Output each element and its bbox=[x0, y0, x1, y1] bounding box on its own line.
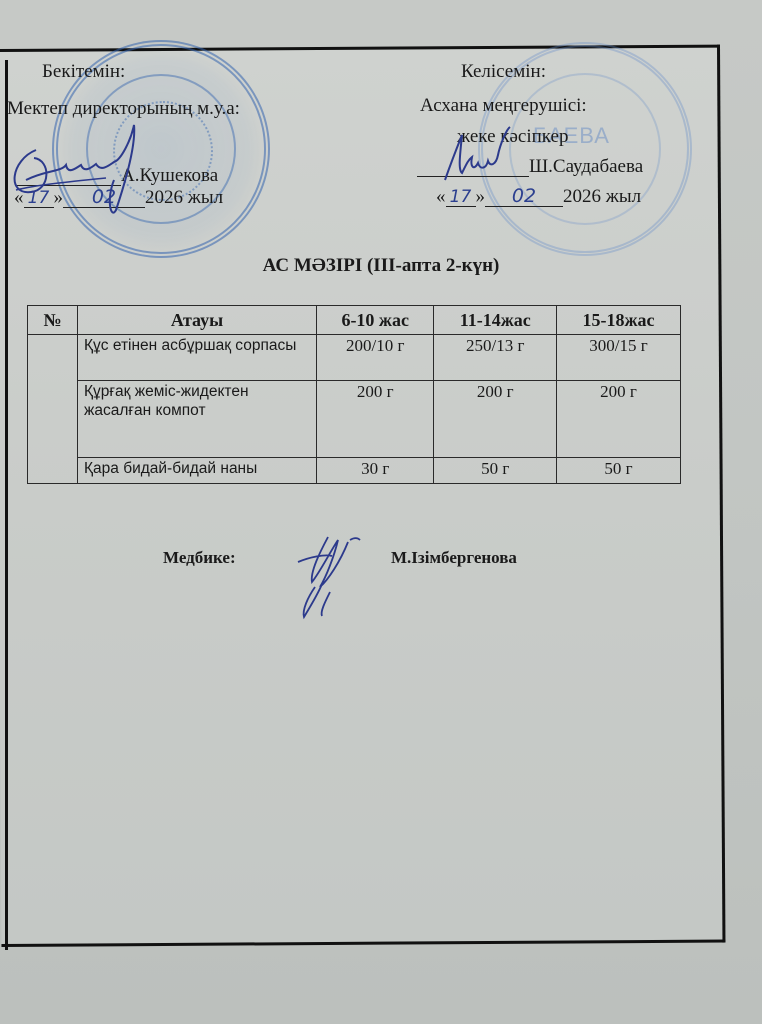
date-quote-close: » bbox=[54, 187, 64, 208]
page-border-left bbox=[5, 60, 8, 950]
dish-name: Құс етінен асбұршақ сорпасы bbox=[78, 335, 317, 381]
agreement-date-month: 02 bbox=[485, 187, 563, 207]
menu-table: № Атауы 6-10 жас 11-14жас 15-18жас Құс е… bbox=[27, 305, 681, 484]
header-number: № bbox=[28, 306, 78, 335]
date-quote-open: « bbox=[14, 187, 24, 208]
agreement-date-year: 2026 жыл bbox=[563, 186, 641, 207]
portion-11-14: 50 г bbox=[434, 458, 557, 484]
portion-11-14: 250/13 г bbox=[434, 335, 557, 381]
approval-position: Мектеп директорының м.у.а: bbox=[7, 99, 240, 118]
approval-date-day: 17 bbox=[24, 190, 54, 208]
portion-15-18: 300/15 г bbox=[556, 335, 680, 381]
agreement-date-day: 17 bbox=[446, 189, 476, 207]
approval-date-month: 02 bbox=[63, 188, 145, 208]
header-age-6-10: 6-10 жас bbox=[317, 306, 434, 335]
nurse-label: Медбике: bbox=[163, 548, 236, 568]
approval-signatory: А.Кушекова bbox=[121, 165, 218, 186]
agreement-position: Асхана меңгерушісі: bbox=[420, 96, 587, 115]
header-name: Атауы bbox=[78, 306, 317, 335]
approval-date-year: 2026 жыл bbox=[145, 187, 223, 208]
page-title: АС МӘЗІРІ (ІІІ-апта 2-күн) bbox=[0, 255, 762, 277]
header-age-15-18: 15-18жас bbox=[556, 306, 680, 335]
table-row: Құс етінен асбұршақ сорпасы 200/10 г 250… bbox=[28, 335, 681, 381]
approval-signatory-line: А.Кушекова bbox=[15, 166, 218, 186]
agreement-signatory: Ш.Саудабаева bbox=[529, 156, 643, 177]
dish-name: Құрғақ жеміс-жидектен жасалған компот bbox=[78, 381, 317, 458]
date-quote-open: « bbox=[436, 186, 446, 207]
agreement-role: жеке кәсіпкер bbox=[457, 127, 569, 146]
date-quote-close: » bbox=[476, 186, 486, 207]
portion-6-10: 30 г bbox=[317, 458, 434, 484]
agreement-heading: Келісемін: bbox=[461, 62, 546, 81]
row-number-cell bbox=[28, 335, 78, 484]
nurse-name: М.Ізімбергенова bbox=[391, 548, 517, 568]
portion-11-14: 200 г bbox=[434, 381, 557, 458]
agreement-signatory-line: Ш.Саудабаева bbox=[417, 157, 643, 177]
table-row: Қара бидай-бидай наны 30 г 50 г 50 г bbox=[28, 458, 681, 484]
approval-date: «17»022026 жыл bbox=[14, 188, 223, 208]
portion-6-10: 200 г bbox=[317, 381, 434, 458]
portion-6-10: 200/10 г bbox=[317, 335, 434, 381]
table-header-row: № Атауы 6-10 жас 11-14жас 15-18жас bbox=[28, 306, 681, 335]
header-age-11-14: 11-14жас bbox=[434, 306, 557, 335]
approval-heading: Бекітемін: bbox=[42, 62, 125, 81]
agreement-date: «17»022026 жыл bbox=[436, 187, 641, 207]
signature-line bbox=[15, 166, 121, 186]
portion-15-18: 200 г bbox=[556, 381, 680, 458]
portion-15-18: 50 г bbox=[556, 458, 680, 484]
signature-line bbox=[417, 157, 529, 177]
table-row: Құрғақ жеміс-жидектен жасалған компот 20… bbox=[28, 381, 681, 458]
dish-name: Қара бидай-бидай наны bbox=[78, 458, 317, 484]
